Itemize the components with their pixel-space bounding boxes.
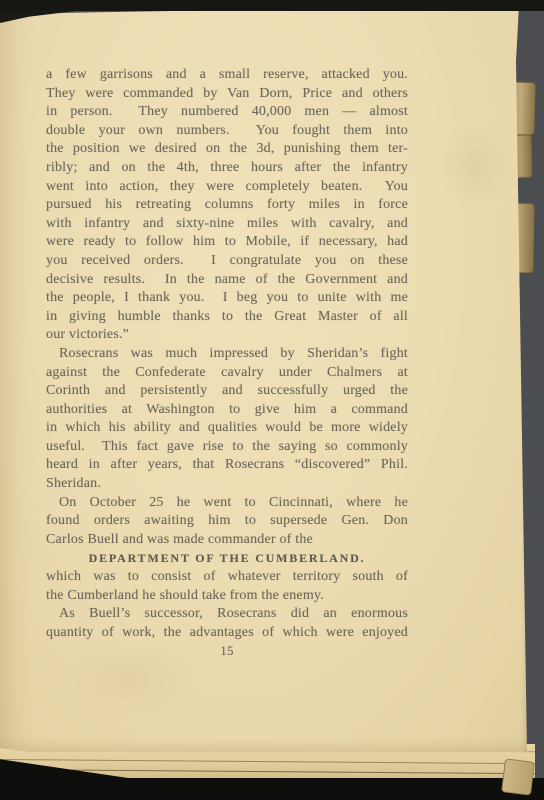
text-line: against the Confederate cavalry under Ch…: [46, 364, 408, 383]
paper-stain: [440, 120, 510, 210]
fore-edge-tab: [501, 758, 535, 795]
text-line: decisive results. In the name of the Gov…: [46, 271, 408, 290]
page-number: 15: [46, 642, 408, 661]
text-line: authorities at Washington to give him a …: [46, 401, 408, 420]
scan-black-strip-top: [0, 0, 544, 11]
text-line: They were commanded by Van Dorn, Price a…: [46, 85, 408, 104]
text-line: Corinth and persistently and successfull…: [46, 382, 408, 401]
text-line: useful. This fact gave rise to the sayin…: [46, 438, 408, 457]
paragraph: On October 25 he went to Cincinnati, whe…: [46, 494, 408, 550]
text-line: pursued his retreating columns forty mil…: [46, 196, 408, 215]
page-edge-line: [0, 759, 535, 764]
text-line: As Buell’s successor, Rosecrans did an e…: [46, 605, 408, 624]
paragraph: a few garrisons and a small reserve, att…: [46, 66, 408, 345]
text-line: a few garrisons and a small reserve, att…: [46, 66, 408, 85]
text-line: the position we desired on the 3d, punis…: [46, 140, 408, 159]
text-line: in person. They numbered 40,000 men — al…: [46, 103, 408, 122]
text-line: our victories.”: [46, 326, 408, 345]
text-line: On October 25 he went to Cincinnati, whe…: [46, 494, 408, 513]
text-line: were ready to follow him to Mobile, if n…: [46, 233, 408, 252]
text-line: the Cumberland he should take from the e…: [46, 587, 408, 606]
text-line: ribly; and on the 4th, three hours after…: [46, 159, 408, 178]
text-line: which was to consist of whatever territo…: [46, 568, 408, 587]
text-line: in giving humble thanks to the Great Mas…: [46, 308, 408, 327]
text-line: went into action, they were completely b…: [46, 178, 408, 197]
page-text-block: a few garrisons and a small reserve, att…: [46, 66, 408, 661]
text-line: quantity of work, the advantages of whic…: [46, 624, 408, 643]
text-line: Sheridan.: [46, 475, 408, 494]
text-line: Rosecrans was much impressed by Sheridan…: [46, 345, 408, 364]
paragraph: which was to consist of whatever territo…: [46, 568, 408, 605]
paragraph: Rosecrans was much impressed by Sheridan…: [46, 345, 408, 494]
section-heading: DEPARTMENT OF THE CUMBERLAND.: [46, 549, 408, 568]
text-line: heard in after years, that Rosecrans “di…: [46, 456, 408, 475]
text-line: double your own numbers. You fought them…: [46, 122, 408, 141]
text-line: you received orders. I congratulate you …: [46, 252, 408, 271]
paragraph: As Buell’s successor, Rosecrans did an e…: [46, 605, 408, 642]
text-line: the people, I thank you. I beg you to un…: [46, 289, 408, 308]
text-line: Carlos Buell and was made commander of t…: [46, 531, 408, 550]
text-line: with infantry and sixty-nine miles with …: [46, 215, 408, 234]
text-line: in which his ability and qualities would…: [46, 419, 408, 438]
scan-black-strip-bottom: [0, 778, 544, 800]
text-line: found orders awaiting him to supersede G…: [46, 512, 408, 531]
